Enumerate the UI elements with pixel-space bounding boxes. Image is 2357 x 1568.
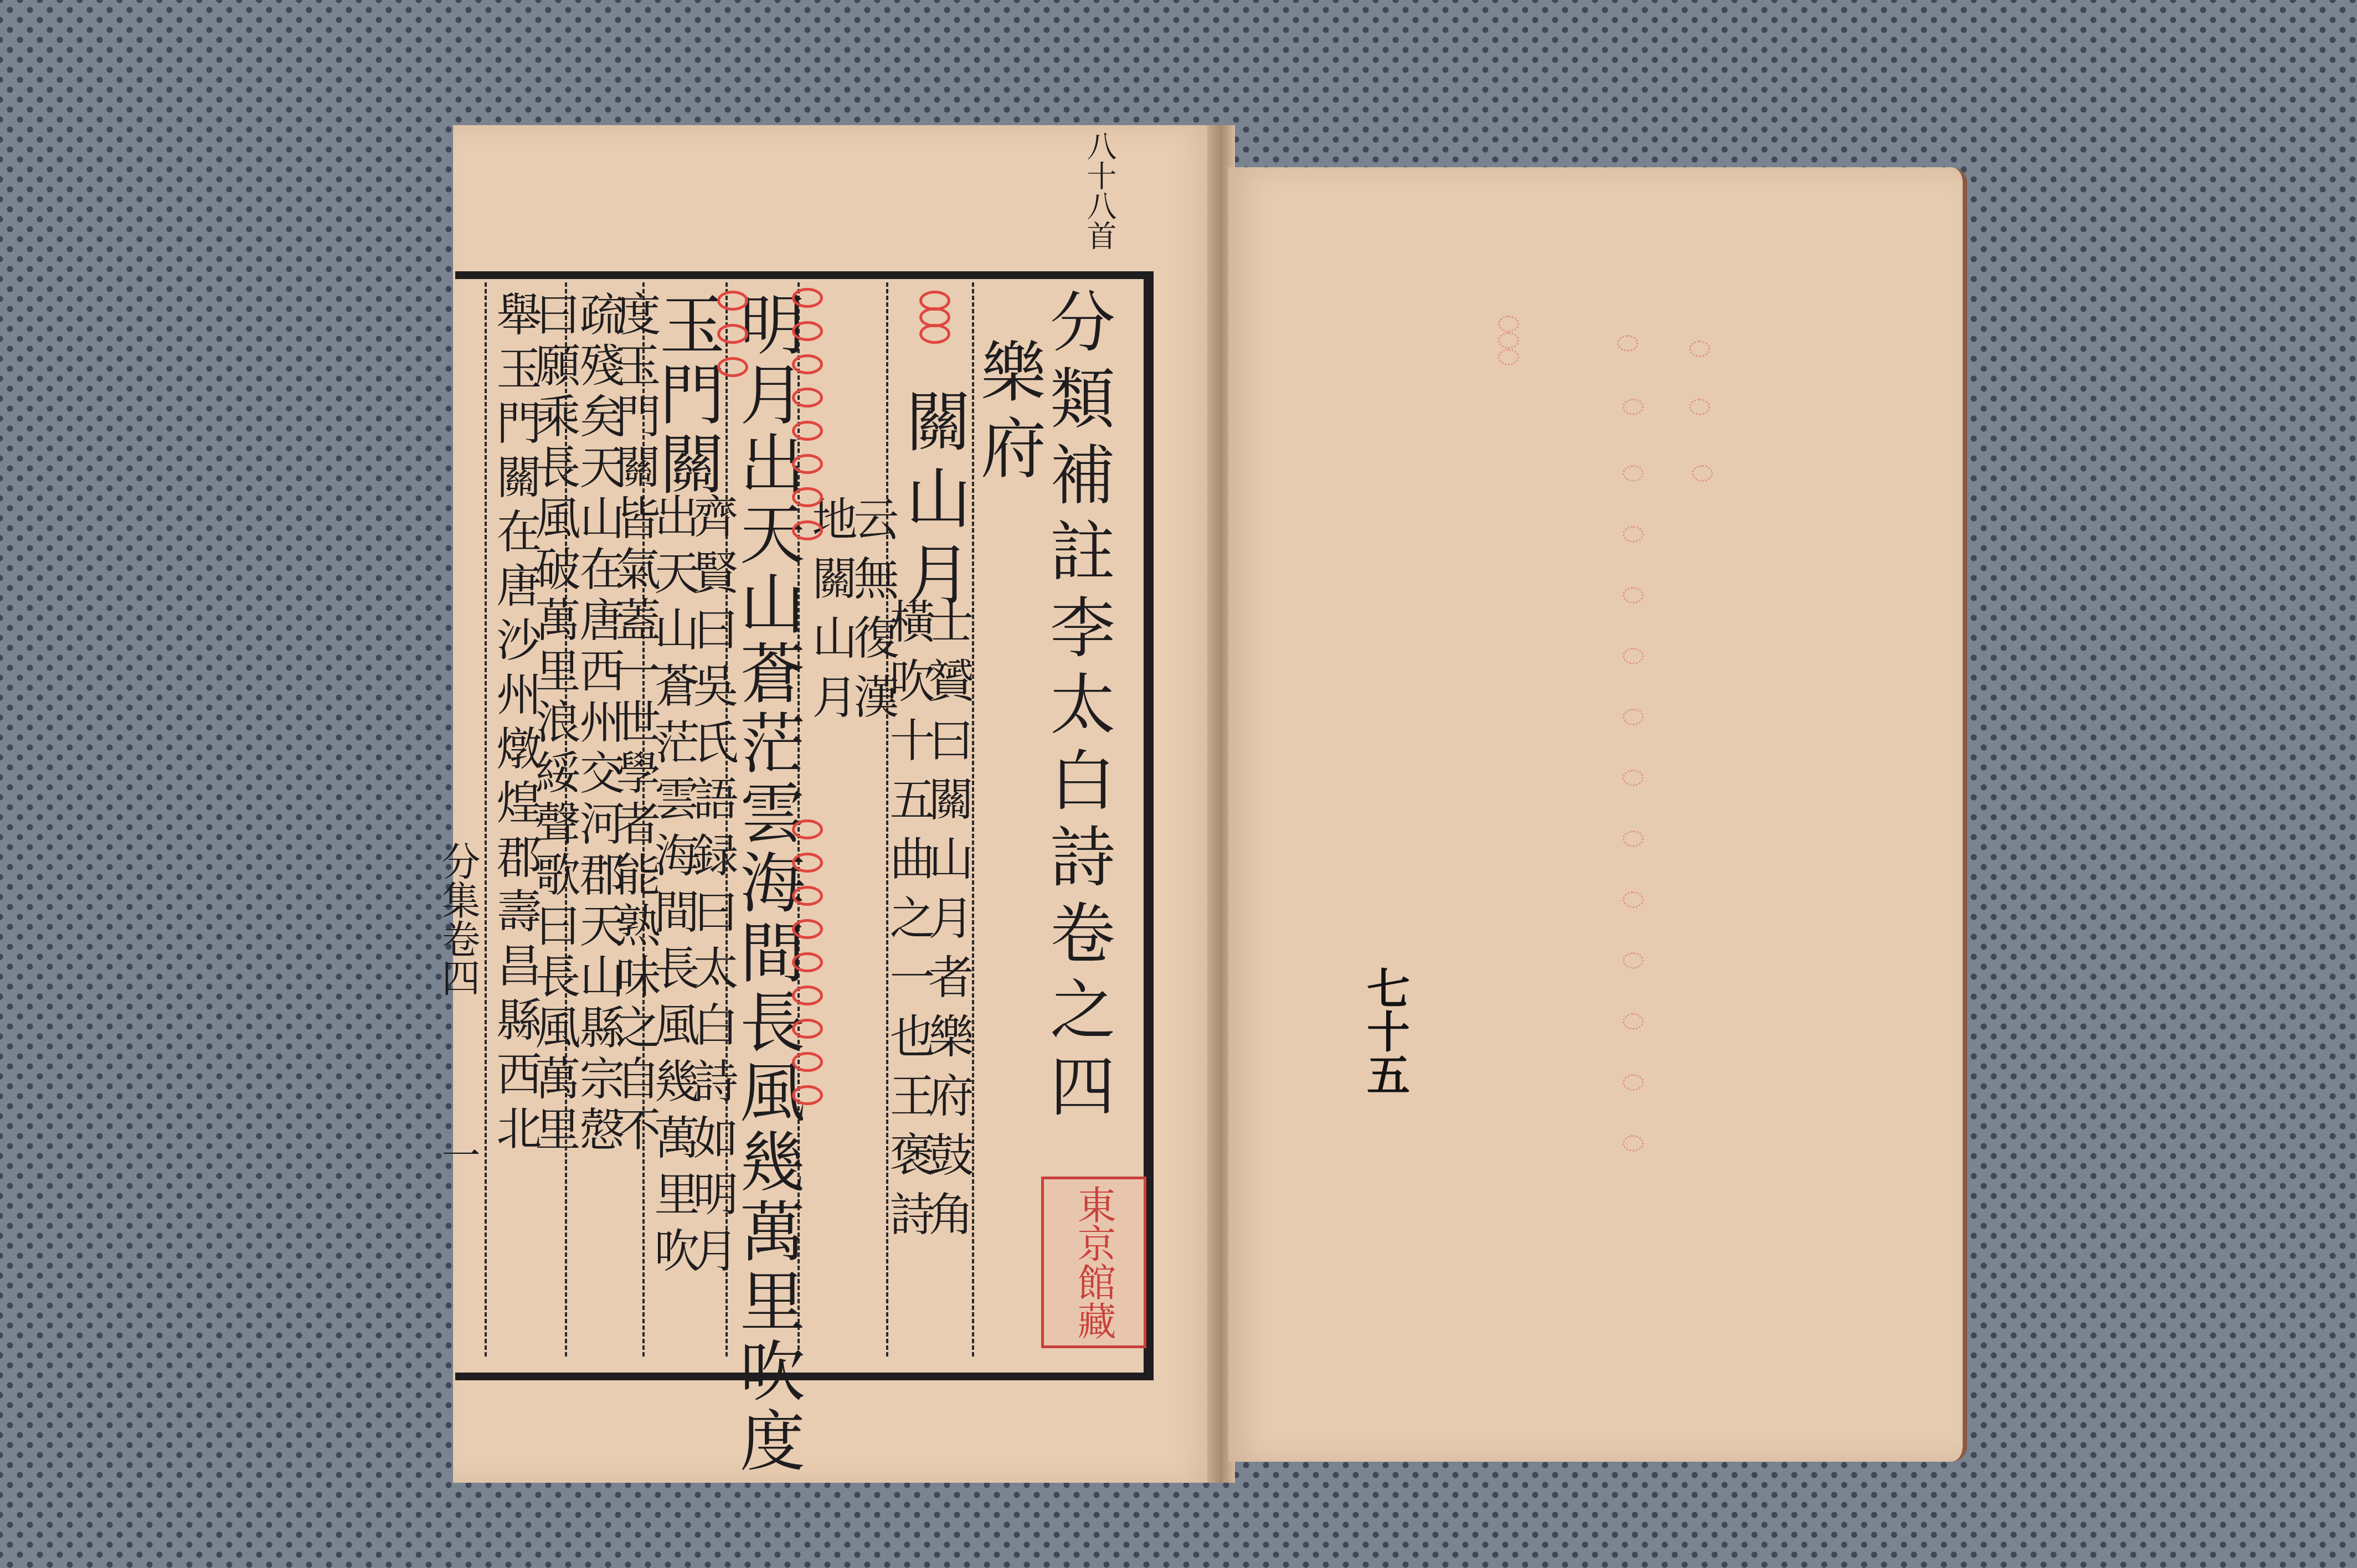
open-book: 八十八首 分類補註李太白詩卷之四 樂府 關山月 士贇曰關山月者樂府鼓角 橫吹十五… <box>0 0 2357 1568</box>
column-rule <box>485 282 487 1356</box>
bleed-through-circle <box>1689 399 1710 415</box>
commentary: 疏殘矣天山在唐西州交河郡天山縣宗慤 <box>573 291 623 1157</box>
bleed-through-circle <box>1623 587 1644 604</box>
bleed-through-circle <box>1498 349 1519 365</box>
red-circle-mark <box>792 952 823 972</box>
red-circle-mark <box>792 819 823 839</box>
bleed-through-circle <box>1623 465 1644 482</box>
bleed-through-circle <box>1623 399 1644 415</box>
red-circle-mark <box>792 288 823 308</box>
red-circle-mark <box>717 291 748 311</box>
bleed-through-circle <box>1623 1013 1644 1030</box>
red-circle-mark <box>792 421 823 441</box>
red-circle-mark <box>792 919 823 939</box>
bleed-through-circle <box>1623 831 1644 847</box>
poem-title: 關山月 <box>897 388 969 617</box>
red-circle-mark <box>792 1085 823 1105</box>
margin-label: 分集卷四 <box>453 842 486 997</box>
page-number: 七十五 <box>1360 966 1409 1096</box>
bleed-through-circle <box>1692 465 1713 482</box>
bleed-through-circle <box>1623 952 1644 969</box>
bleed-through-circle <box>1498 332 1519 349</box>
bleed-through-circle <box>1623 770 1644 786</box>
red-circle-mark <box>792 454 823 474</box>
red-circle-mark <box>792 487 823 507</box>
red-circle-mark <box>792 1052 823 1072</box>
bleed-through-circle <box>1689 341 1710 357</box>
red-circle-mark <box>792 388 823 408</box>
bleed-through-circle <box>1623 709 1644 725</box>
red-circle-mark <box>919 324 950 344</box>
red-seal-stamp: 東京館藏 <box>1041 1177 1146 1348</box>
red-circle-mark <box>792 886 823 906</box>
commentary: 舉玉門關在唐沙州燉煌郡壽昌縣西北 <box>490 291 540 1159</box>
bleed-through-circle <box>1623 648 1644 664</box>
red-circle-mark <box>792 853 823 873</box>
red-circle-mark <box>792 520 823 540</box>
red-circle-mark <box>792 321 823 341</box>
red-circle-mark <box>717 324 748 344</box>
bleed-through-circle <box>1617 335 1638 352</box>
right-page <box>1228 167 1967 1462</box>
poem-line: 玉門關 <box>651 291 723 500</box>
bleed-through-circle <box>1623 1135 1644 1152</box>
bleed-through-circle <box>1623 891 1644 908</box>
section-heading: 樂府 <box>972 338 1044 491</box>
margin-page-number: 一 <box>453 1135 486 1174</box>
bleed-through-circle <box>1623 526 1644 543</box>
poem-line: 明月出天山蒼茫雲海間長風幾萬里吹度 <box>734 291 800 1477</box>
red-circle-mark <box>792 1019 823 1039</box>
red-circle-mark <box>792 354 823 374</box>
bleed-through-circle <box>1498 316 1519 332</box>
book-title: 分類補註李太白詩卷之四 <box>1041 288 1113 1128</box>
bleed-through-circle <box>1623 1074 1644 1091</box>
red-circle-mark <box>717 357 748 377</box>
red-circle-mark <box>792 986 823 1005</box>
top-margin-note: 八十八首 <box>1083 131 1116 250</box>
